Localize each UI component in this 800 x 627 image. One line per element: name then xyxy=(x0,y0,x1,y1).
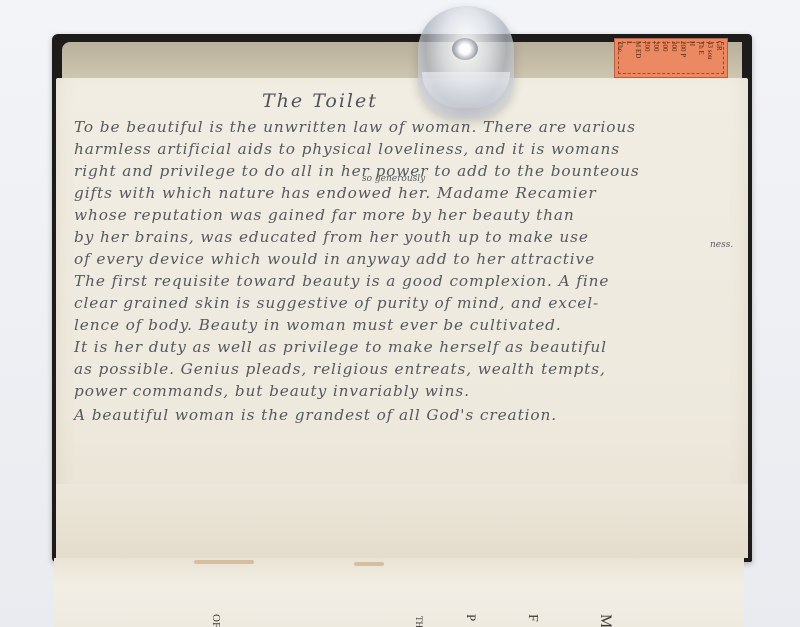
text-line: right and privilege to do all in her pow… xyxy=(74,162,640,180)
lower-printed-page: OF TH P F M xyxy=(54,558,744,627)
glass-paperweight xyxy=(418,6,514,118)
text-line: harmless artificial aids to physical lov… xyxy=(74,140,620,158)
handwritten-insertion: ness. xyxy=(710,240,733,250)
paperweight-body xyxy=(422,72,510,108)
label-line: Th E xyxy=(697,41,705,55)
label-line: M ED xyxy=(634,41,642,58)
label-line: H xyxy=(688,41,696,46)
label-line: 300 xyxy=(670,41,678,52)
text-line: by her brains, was educated from her you… xyxy=(74,228,589,246)
text-line: as possible. Genius pleads, religious en… xyxy=(74,360,606,378)
paper-stain xyxy=(194,560,254,564)
paper-stain xyxy=(354,562,384,566)
text-line: clear grained skin is suggestive of puri… xyxy=(74,294,599,312)
label-line: 200 P xyxy=(679,41,687,57)
handwritten-insertion: so generously xyxy=(362,174,425,184)
text-line: of every device which would in anyway ad… xyxy=(74,250,595,268)
label-line: 43 sou xyxy=(706,41,714,59)
printed-fragment: F xyxy=(524,614,540,622)
printed-fragment: P xyxy=(463,614,479,621)
page-title: The Toilet xyxy=(262,90,378,112)
text-line: A beautiful woman is the grandest of all… xyxy=(74,406,557,424)
text-line: To be beautiful is the unwritten law of … xyxy=(74,118,636,136)
label-text: GR 43 sou Th E H 200 P 300 500 200 200 M… xyxy=(614,41,723,59)
label-line: Ac xyxy=(614,41,615,49)
text-line: gifts with which nature has endowed her.… xyxy=(74,184,597,202)
label-line: 200 xyxy=(643,41,651,52)
label-line: 200 xyxy=(652,41,660,52)
text-line: lence of body. Beauty in woman must ever… xyxy=(74,316,562,334)
printed-fragment: M xyxy=(596,614,614,627)
label-line: The xyxy=(616,41,624,52)
text-line: It is her duty as well as privilege to m… xyxy=(74,338,607,356)
printed-fragment: OF xyxy=(210,614,222,627)
page-fold-shadow xyxy=(56,484,748,558)
text-line: whose reputation was gained far more by … xyxy=(74,206,575,224)
paperweight-center xyxy=(452,38,478,60)
text-line: power commands, but beauty invariably wi… xyxy=(74,382,470,400)
bookseller-label: GR 43 sou Th E H 200 P 300 500 200 200 M… xyxy=(614,38,728,78)
label-line: GR xyxy=(715,41,723,51)
label-line: 500 xyxy=(661,41,669,52)
printed-fragment: TH xyxy=(414,616,424,627)
text-line: The first requisite toward beauty is a g… xyxy=(74,272,609,290)
label-line: L xyxy=(625,41,633,45)
